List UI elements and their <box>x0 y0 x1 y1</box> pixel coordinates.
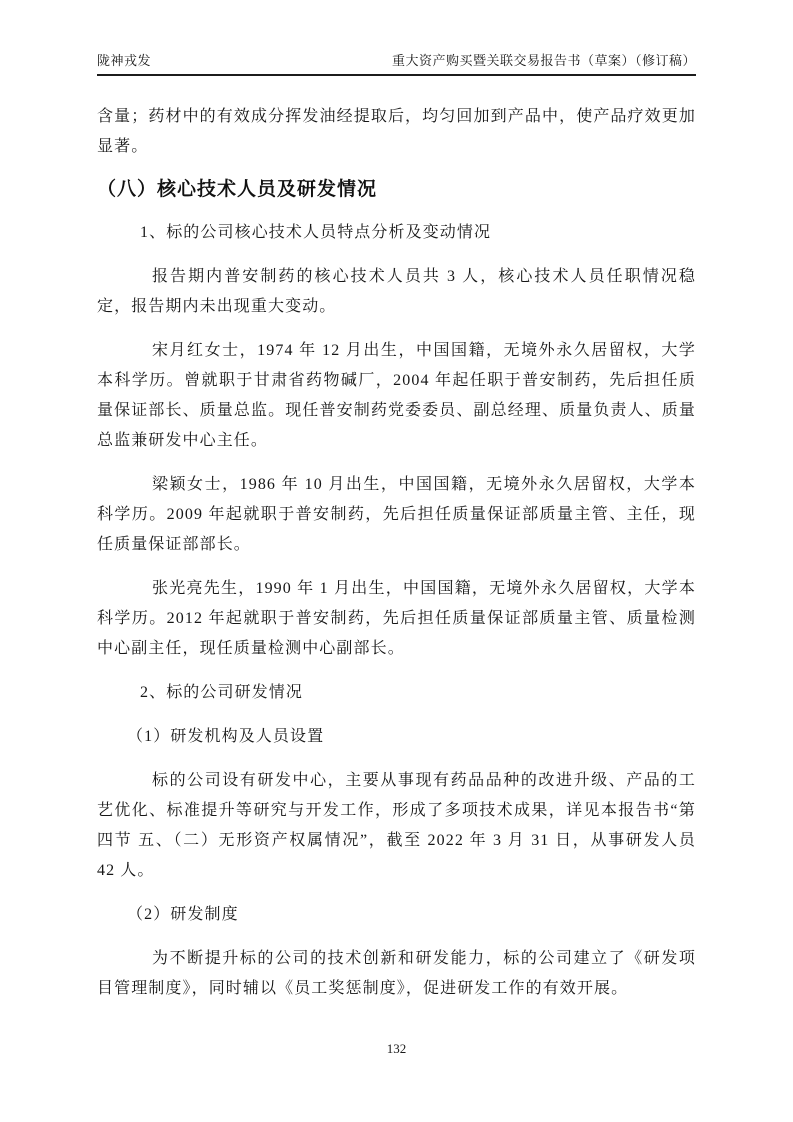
page-footer: 132 <box>0 1041 793 1056</box>
subheading-2-rd-overview: 2、标的公司研发情况 <box>97 678 696 708</box>
paragraph-bio-liang-ying: 梁颖女士，1986 年 10 月出生，中国国籍，无境外永久居留权，大学本科学历。… <box>97 470 696 560</box>
paragraph-product-efficacy-continuation: 含量；药材中的有效成分挥发油经提取后，均匀回加到产品中，使产品疗效更加显著。 <box>97 102 696 162</box>
document-body: 含量；药材中的有效成分挥发油经提取后，均匀回加到产品中，使产品疗效更加显著。 （… <box>97 102 696 1004</box>
header-row: 陇神戎发 重大资产购买暨关联交易报告书（草案）（修订稿） <box>97 53 696 76</box>
document-page: 陇神戎发 重大资产购买暨关联交易报告书（草案）（修订稿） 含量；药材中的有效成分… <box>0 0 793 1122</box>
page-number: 132 <box>387 1041 407 1056</box>
subheading-2-2-rd-policies: （2）研发制度 <box>97 900 696 930</box>
header-company-short-name: 陇神戎发 <box>97 53 151 69</box>
subheading-1-core-tech-personnel-analysis: 1、标的公司核心技术人员特点分析及变动情况 <box>97 218 696 248</box>
paragraph-core-tech-personnel-count: 报告期内普安制药的核心技术人员共 3 人，核心技术人员任职情况稳定，报告期内未出… <box>97 262 696 322</box>
section-heading-core-tech-and-rd: （八）核心技术人员及研发情况 <box>97 176 696 204</box>
paragraph-bio-song-yuehong: 宋月红女士，1974 年 12 月出生，中国国籍，无境外永久居留权，大学本科学历… <box>97 336 696 456</box>
page-header: 陇神戎发 重大资产购买暨关联交易报告书（草案）（修订稿） <box>97 0 696 76</box>
paragraph-rd-policy-description: 为不断提升标的公司的技术创新和研发能力，标的公司建立了《研发项目管理制度》，同时… <box>97 944 696 1004</box>
paragraph-rd-center-description: 标的公司设有研发中心，主要从事现有药品品种的改进升级、产品的工艺优化、标准提升等… <box>97 766 696 886</box>
subheading-2-1-rd-organization: （1）研发机构及人员设置 <box>97 722 696 752</box>
paragraph-bio-zhang-guangliang: 张光亮先生，1990 年 1 月出生，中国国籍，无境外永久居留权，大学本科学历。… <box>97 574 696 664</box>
header-report-title: 重大资产购买暨关联交易报告书（草案）（修订稿） <box>392 53 696 69</box>
